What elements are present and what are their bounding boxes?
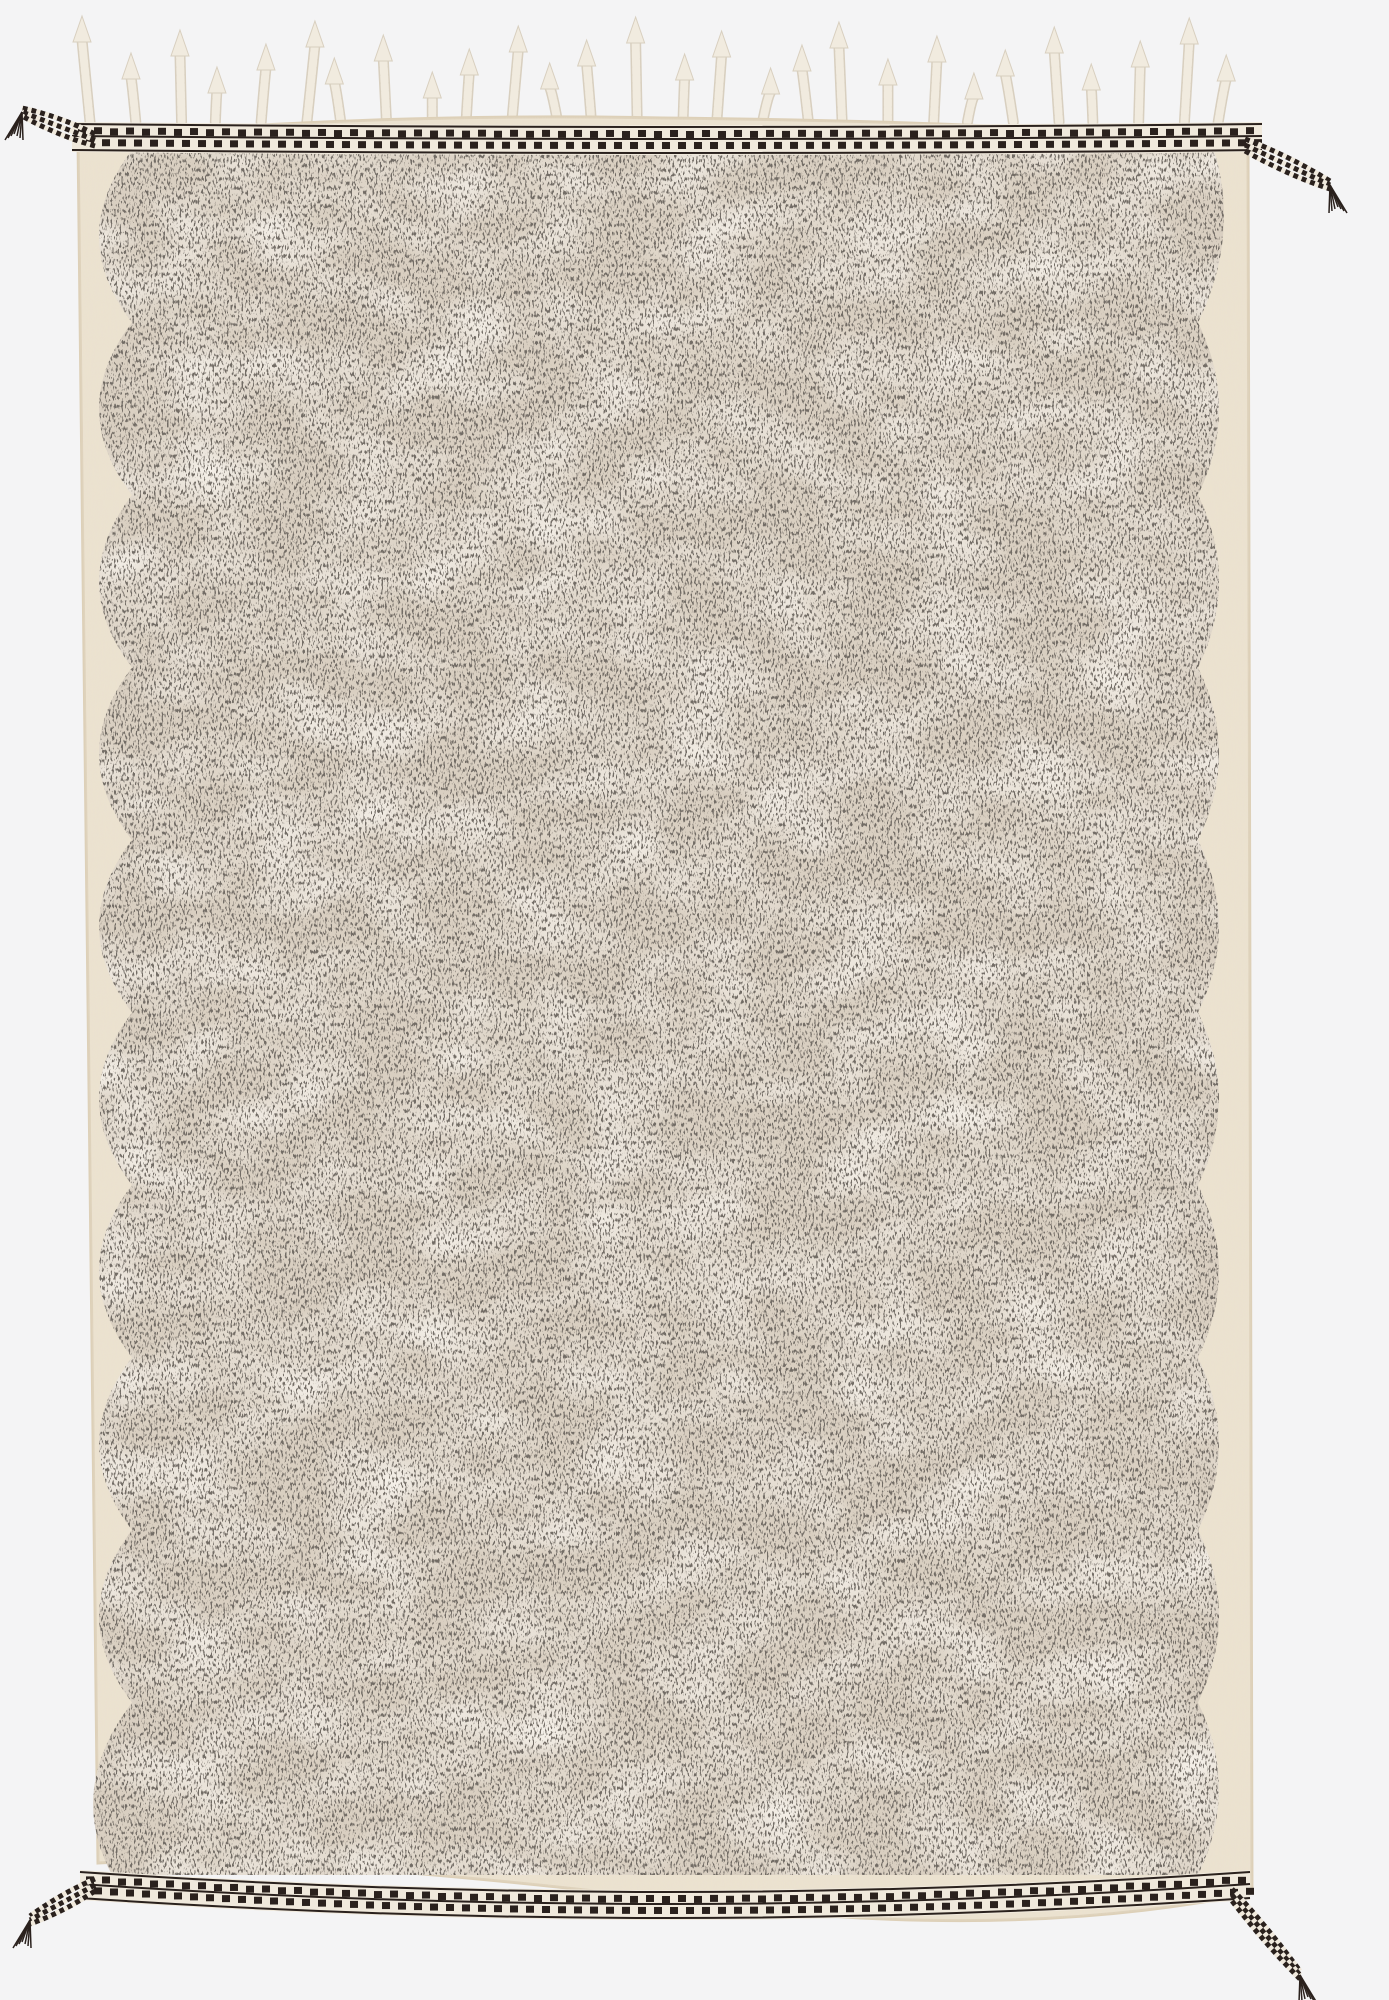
- rug-illustration: [0, 0, 1389, 2000]
- rug-photo: [0, 0, 1389, 2000]
- rug-pile: [93, 150, 1224, 1875]
- top-kilim-band: [72, 122, 1262, 155]
